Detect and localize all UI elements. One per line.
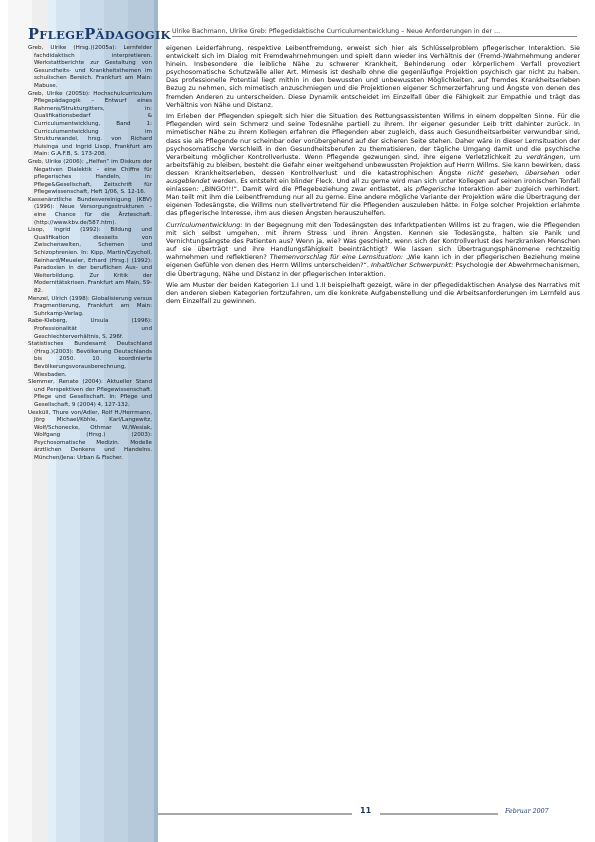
emphasis: ausgeblendet (166, 177, 210, 185)
logo-initial: P (28, 26, 39, 43)
text-span: Im Erleben der Pflegenden spiegelt sich … (166, 112, 580, 160)
reference-item: Greb, Ulrike (2006): „Helfen“ im Diskurs… (28, 159, 152, 197)
emphasis: verdrängen (526, 153, 563, 161)
emphasis: Inhaltlicher Schwerpunkt: (371, 261, 453, 269)
main-text-column: eigenen Leiderfahrung, respektive Leiben… (166, 44, 580, 309)
page-number: 11 (360, 806, 371, 815)
emphasis: Themenvorschlag für eine Lernsituation: (270, 253, 403, 261)
reference-item: Greb, Ulrike (Hrsg.)(2005a): Lernfelder … (28, 45, 152, 91)
footer-rule-right (380, 813, 498, 815)
paragraph-3: Curriculumentwicklung: In der Begegnung … (166, 221, 580, 278)
emphasis: pflegerische (416, 185, 456, 193)
paragraph-4: Wie am Muster der beiden Kategorien 1.I … (166, 281, 580, 305)
text-span: oder (559, 169, 580, 177)
reference-item: Slemmer, Renate (2004): Aktueller Stand … (28, 379, 152, 409)
reference-item: Statistisches Bundesamt Deutschland (Hrs… (28, 341, 152, 379)
paragraph-2: Im Erleben der Pflegenden spiegelt sich … (166, 112, 580, 217)
reference-item: Greb, Ulrike (2005b): Hochschulcurriculu… (28, 91, 152, 159)
reference-item: Kassenärztliche Bundesvereinigung (KBV)(… (28, 197, 152, 227)
logo-initial-2: P (84, 26, 95, 43)
paragraph-1: eigenen Leiderfahrung, respektive Leiben… (166, 44, 580, 109)
reference-item: Menzel, Ulrich (1998): Globalisierung ve… (28, 296, 152, 319)
reference-item: Rabe-Kleberg, Ursula (1996): Professiona… (28, 318, 152, 341)
journal-logo: PFLEGEPÄDAGOGIK (28, 26, 171, 43)
logo-text-1: FLEGE (39, 28, 84, 42)
reference-list: Greb, Ulrike (Hrsg.)(2005a): Lernfelder … (28, 45, 152, 463)
issue-date: Februar 2007 (505, 808, 549, 815)
emphasis: Curriculumentwicklung: (166, 221, 243, 229)
logo-text-2: ÄDAGOGIK (96, 28, 171, 42)
emphasis: nicht gesehen, übersehen (467, 169, 559, 177)
running-head: Ulrike Bachmann, Ulrike Greb: Pflegedida… (172, 28, 577, 37)
reference-item: Lisop, Ingrid (1992): Bildung und Qualif… (28, 227, 152, 295)
footer-rule-left (158, 813, 352, 815)
reference-item: Uexküll, Thure von/Adler, Rolf H./Herrma… (28, 410, 152, 463)
